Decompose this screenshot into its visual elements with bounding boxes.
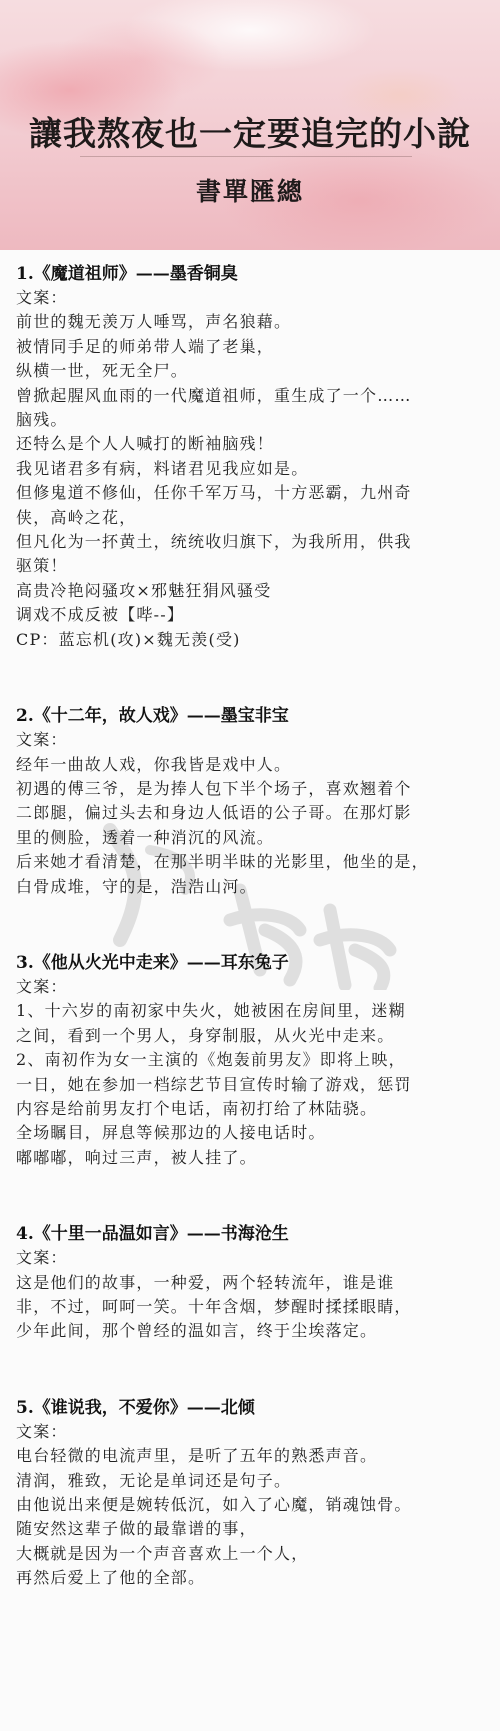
blurb-line: 经年一曲故人戏，你我皆是戏中人。 [16, 753, 486, 777]
book-entry: 3.《他从火光中走来》——耳东兔子 文案： 1、十六岁的南初家中失火，她被困在房… [16, 951, 486, 1170]
title-divider [80, 156, 412, 157]
book-title: 2.《十二年，故人戏》——墨宝非宝 [16, 704, 486, 728]
blurb-line: 大概就是因为一个声音喜欢上一个人， [16, 1542, 486, 1566]
book-entry: 4.《十里一品温如言》——书海沧生 文案： 这是他们的故事，一种爱，两个轻转流年… [16, 1222, 486, 1344]
blurb-line: 之间，看到一个男人，身穿制服，从火光中走来。 [16, 1024, 486, 1048]
blurb-line: 嘟嘟嘟，响过三声，被人挂了。 [16, 1146, 486, 1170]
blurb-label: 文案： [16, 1420, 486, 1444]
blurb-line: 2、南初作为女一主演的《炮轰前男友》即将上映， [16, 1048, 486, 1072]
header-banner: 讓我熬夜也一定要追完的小說 書單匯總 [0, 0, 500, 250]
blurb-line: 但修鬼道不修仙，任你千军万马，十方恶霸，九州奇 [16, 481, 486, 505]
blurb-line: 高贵冷艳闷骚攻×邪魅狂狷风骚受 [16, 579, 486, 603]
book-list: 1.《魔道祖师》——墨香铜臭 文案： 前世的魏无羡万人唾骂，声名狼藉。 被情同手… [0, 250, 500, 1591]
blurb-line: 曾掀起腥风血雨的一代魔道祖师，重生成了一个…… [16, 384, 486, 408]
blurb-line: 清润，雅致，无论是单词还是句子。 [16, 1469, 486, 1493]
book-title: 3.《他从火光中走来》——耳东兔子 [16, 951, 486, 975]
blurb-label: 文案： [16, 286, 486, 310]
blurb-line: 再然后爱上了他的全部。 [16, 1566, 486, 1590]
blurb-line: 内容是给前男友打个电话，南初打给了林陆骁。 [16, 1097, 486, 1121]
blurb-line: 非，不过，呵呵一笑。十年含烟，梦醒时揉揉眼睛， [16, 1295, 486, 1319]
blurb-line: 还特么是个人人喊打的断袖脑残！ [16, 432, 486, 456]
blurb-line: 脑残。 [16, 408, 486, 432]
blurb-line: 这是他们的故事，一种爱，两个轻转流年，谁是谁 [16, 1271, 486, 1295]
blurb-line: 调戏不成反被【哔--】 [16, 603, 486, 627]
blurb-line: 被情同手足的师弟带人端了老巢， [16, 335, 486, 359]
blurb-line: 随安然这辈子做的最靠谱的事， [16, 1517, 486, 1541]
book-entry: 5.《谁说我，不爱你》——北倾 文案： 电台轻微的电流声里，是听了五年的熟悉声音… [16, 1396, 486, 1591]
blurb-line: 初遇的傅三爷，是为捧人包下半个场子，喜欢翘着个 [16, 777, 486, 801]
blurb-line: 1、十六岁的南初家中失火，她被困在房间里，迷糊 [16, 999, 486, 1023]
blurb-line: 前世的魏无羡万人唾骂，声名狼藉。 [16, 310, 486, 334]
blurb-line: 驱策！ [16, 554, 486, 578]
blurb-line: 全场瞩目，屏息等候那边的人接电话时。 [16, 1121, 486, 1145]
page-title: 讓我熬夜也一定要追完的小說 [0, 108, 500, 155]
blurb-label: 文案： [16, 728, 486, 752]
book-title: 1.《魔道祖师》——墨香铜臭 [16, 262, 486, 286]
blurb-line: CP：蓝忘机(攻)×魏无羡(受) [16, 628, 486, 652]
book-title: 5.《谁说我，不爱你》——北倾 [16, 1396, 486, 1420]
blurb-line: 由他说出来便是婉转低沉，如入了心魔，销魂蚀骨。 [16, 1493, 486, 1517]
blurb-line: 少年此间，那个曾经的温如言，终于尘埃落定。 [16, 1319, 486, 1343]
blurb-line: 但凡化为一抔黄土，统统收归旗下，为我所用，供我 [16, 530, 486, 554]
blurb-line: 一日，她在参加一档综艺节目宣传时输了游戏，惩罚 [16, 1073, 486, 1097]
blurb-line: 侠，高岭之花， [16, 506, 486, 530]
blurb-label: 文案： [16, 975, 486, 999]
blurb-line: 二郎腿，偏过头去和身边人低语的公子哥。在那灯影 [16, 801, 486, 825]
blurb-line: 里的侧脸，透着一种消沉的风流。 [16, 826, 486, 850]
book-title: 4.《十里一品温如言》——书海沧生 [16, 1222, 486, 1246]
blurb-label: 文案： [16, 1246, 486, 1270]
blurb-line: 白骨成堆，守的是，浩浩山河。 [16, 875, 486, 899]
blurb-line: 纵横一世，死无全尸。 [16, 359, 486, 383]
page-subtitle: 書單匯總 [0, 172, 500, 208]
blurb-line: 电台轻微的电流声里，是听了五年的熟悉声音。 [16, 1444, 486, 1468]
blurb-line: 后来她才看清楚，在那半明半昧的光影里，他坐的是， [16, 850, 486, 874]
book-entry: 1.《魔道祖师》——墨香铜臭 文案： 前世的魏无羡万人唾骂，声名狼藉。 被情同手… [16, 262, 486, 652]
blurb-line: 我见诸君多有病，料诸君见我应如是。 [16, 457, 486, 481]
book-entry: 2.《十二年，故人戏》——墨宝非宝 文案： 经年一曲故人戏，你我皆是戏中人。 初… [16, 704, 486, 899]
